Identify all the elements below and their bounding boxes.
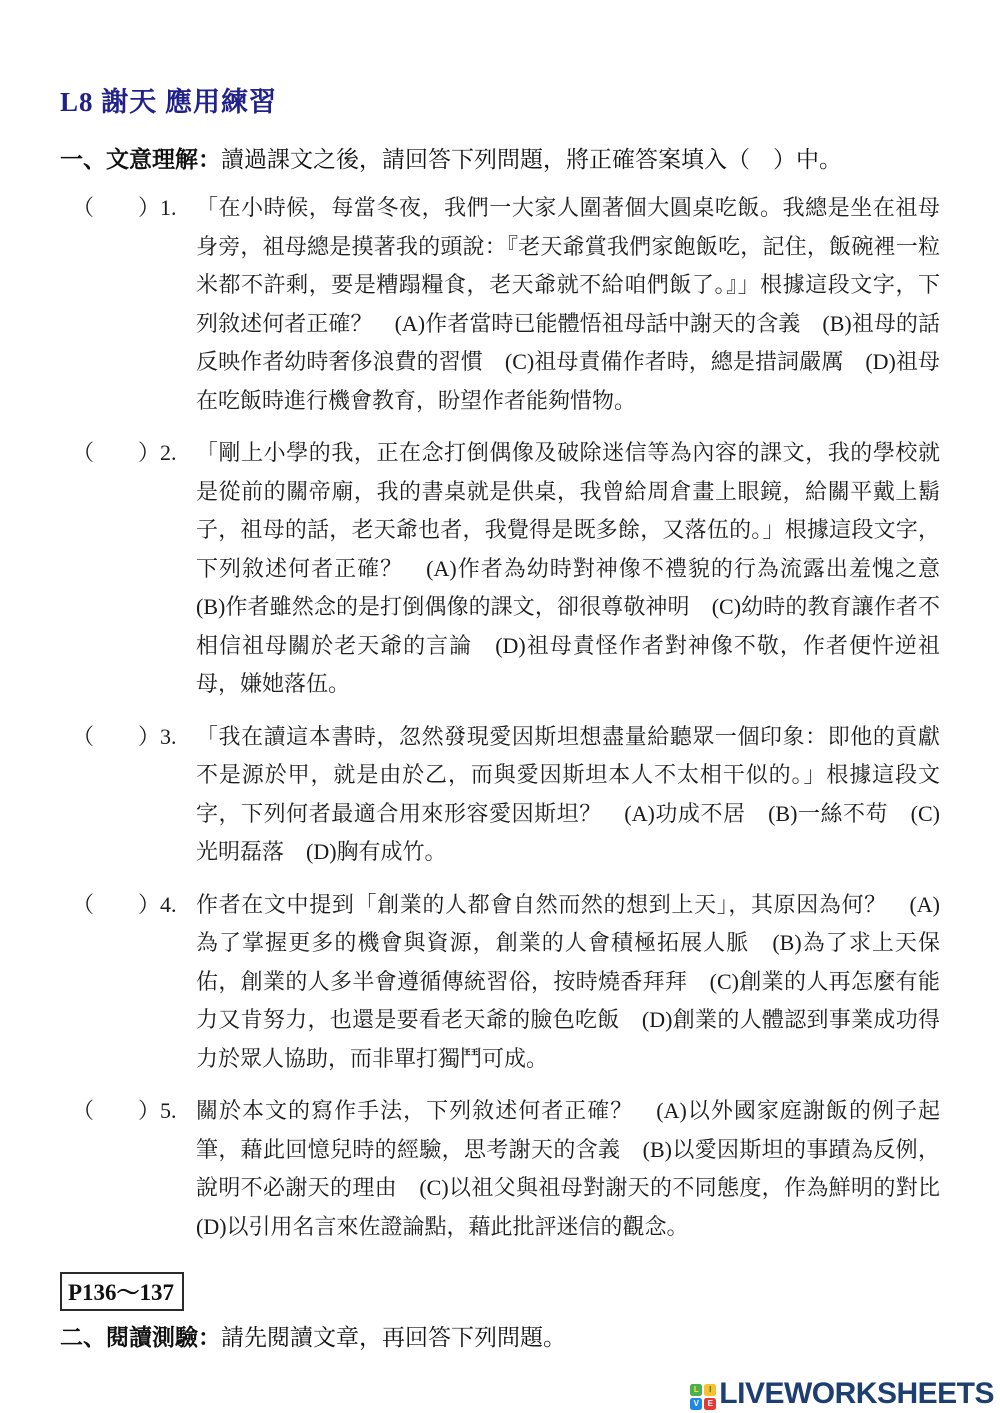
question-row-3: （ ） 3. 「我在讀這本書時，忽然發現愛因斯坦想盡量給聽眾一個印象：即他的貢獻… bbox=[72, 718, 940, 872]
answer-blank-5[interactable]: （ ） bbox=[72, 1092, 160, 1131]
logo-square-e: E bbox=[704, 1398, 716, 1410]
page-title: L8 謝天 應用練習 bbox=[60, 80, 940, 119]
question-text-5: 關於本文的寫作手法，下列敘述何者正確？ (A)以外國家庭謝飯的例子起筆，藉此回憶… bbox=[196, 1092, 940, 1246]
liveworksheets-logo[interactable]: L I V E LIVEWORKSHEETS bbox=[690, 1377, 994, 1411]
question-number-1: 1. bbox=[160, 189, 196, 228]
section1-heading-instructions: 讀過課文之後，請回答下列問題，將正確答案填入（ ）中。 bbox=[221, 147, 842, 172]
question-text-4: 作者在文中提到「創業的人都會自然而然的想到上天」，其原因為何？ (A)為了掌握更… bbox=[196, 886, 940, 1079]
question-number-3: 3. bbox=[160, 718, 196, 757]
logo-square-v: V bbox=[690, 1398, 702, 1410]
question-text-1: 「在小時候，每當冬夜，我們一大家人圍著個大圓桌吃飯。我總是坐在祖母身旁，祖母總是… bbox=[196, 189, 940, 420]
section2-heading-label: 二、閱讀測驗： bbox=[60, 1325, 221, 1350]
section1-heading-label: 一、文意理解： bbox=[60, 147, 221, 172]
answer-blank-2[interactable]: （ ） bbox=[72, 434, 160, 473]
question-number-5: 5. bbox=[160, 1092, 196, 1131]
logo-square-i: I bbox=[704, 1384, 716, 1396]
section2-heading: 二、閱讀測驗：請先閱讀文章，再回答下列問題。 bbox=[60, 1323, 940, 1353]
question-number-2: 2. bbox=[160, 434, 196, 473]
worksheet-page: L8 謝天 應用練習 一、文意理解：讀過課文之後，請回答下列問題，將正確答案填入… bbox=[0, 0, 1000, 1413]
logo-square-l: L bbox=[690, 1384, 702, 1396]
question-text-3: 「我在讀這本書時，忽然發現愛因斯坦想盡量給聽眾一個印象：即他的貢獻不是源於甲，就… bbox=[196, 718, 940, 872]
question-row-1: （ ） 1. 「在小時候，每當冬夜，我們一大家人圍著個大圓桌吃飯。我總是坐在祖母… bbox=[72, 189, 940, 420]
answer-blank-4[interactable]: （ ） bbox=[72, 886, 160, 925]
page-reference-wrap: P136～137 bbox=[60, 1272, 940, 1311]
page-reference-box: P136～137 bbox=[60, 1272, 184, 1311]
question-row-5: （ ） 5. 關於本文的寫作手法，下列敘述何者正確？ (A)以外國家庭謝飯的例子… bbox=[72, 1092, 940, 1246]
liveworksheets-wordmark: LIVEWORKSHEETS bbox=[719, 1377, 994, 1411]
question-row-2: （ ） 2. 「剛上小學的我，正在念打倒偶像及破除迷信等為內容的課文，我的學校就… bbox=[72, 434, 940, 704]
liveworksheets-logo-icon: L I V E bbox=[690, 1384, 716, 1410]
answer-blank-3[interactable]: （ ） bbox=[72, 718, 160, 757]
section2-heading-instructions: 請先閱讀文章，再回答下列問題。 bbox=[221, 1325, 566, 1350]
question-number-4: 4. bbox=[160, 886, 196, 925]
question-row-4: （ ） 4. 作者在文中提到「創業的人都會自然而然的想到上天」，其原因為何？ (… bbox=[72, 886, 940, 1079]
answer-blank-1[interactable]: （ ） bbox=[72, 189, 160, 228]
section1-heading: 一、文意理解：讀過課文之後，請回答下列問題，將正確答案填入（ ）中。 bbox=[60, 145, 940, 175]
question-text-2: 「剛上小學的我，正在念打倒偶像及破除迷信等為內容的課文，我的學校就是從前的關帝廟… bbox=[196, 434, 940, 704]
